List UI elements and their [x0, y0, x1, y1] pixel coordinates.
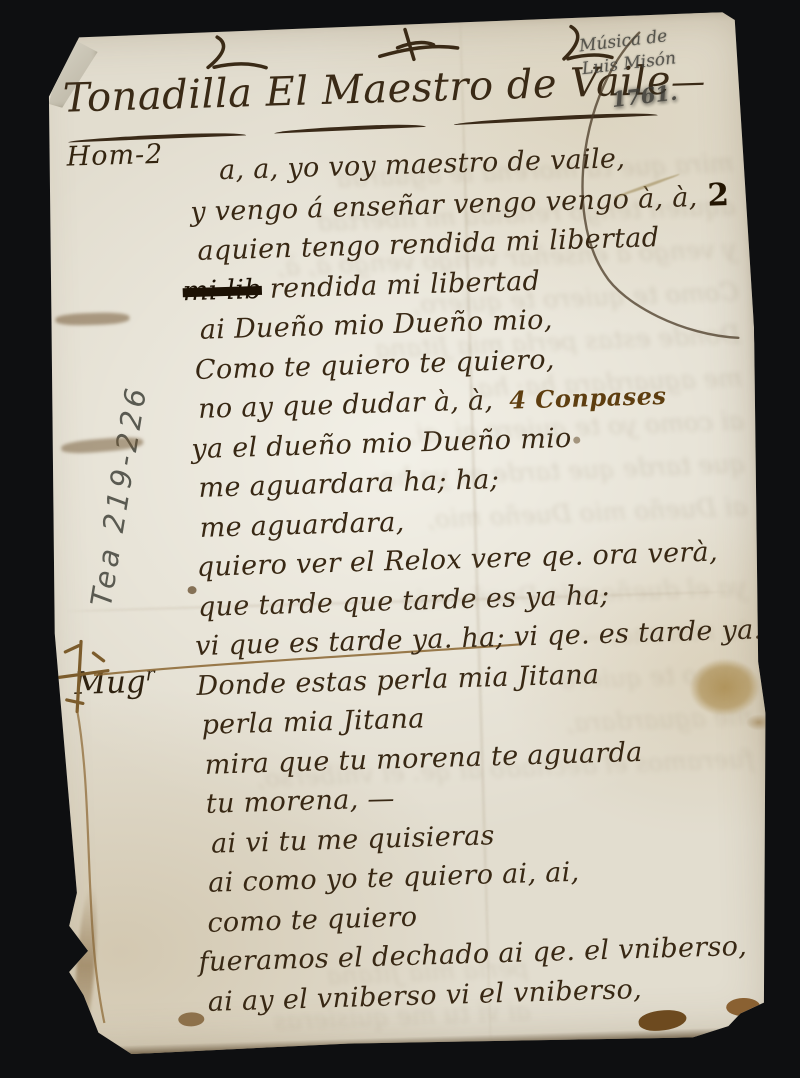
lyrics-block: a, a, yo voy maestro de vaile, y vengo á… — [173, 136, 767, 1022]
smudge — [55, 312, 129, 326]
shelf-mark: Tea 219-226 — [84, 382, 154, 609]
repeat-number-mark: 2 — [707, 177, 730, 214]
compases-annotation: 4 Conpases — [509, 381, 667, 415]
title-underline — [274, 123, 426, 134]
struck-out-word: mi lib — [182, 273, 262, 306]
ink-blot — [637, 1007, 687, 1033]
manuscript-page: mira que tu morena te aguarda aquien ten… — [21, 11, 775, 1056]
voice-label-hombre: Hom-2 — [66, 139, 164, 173]
